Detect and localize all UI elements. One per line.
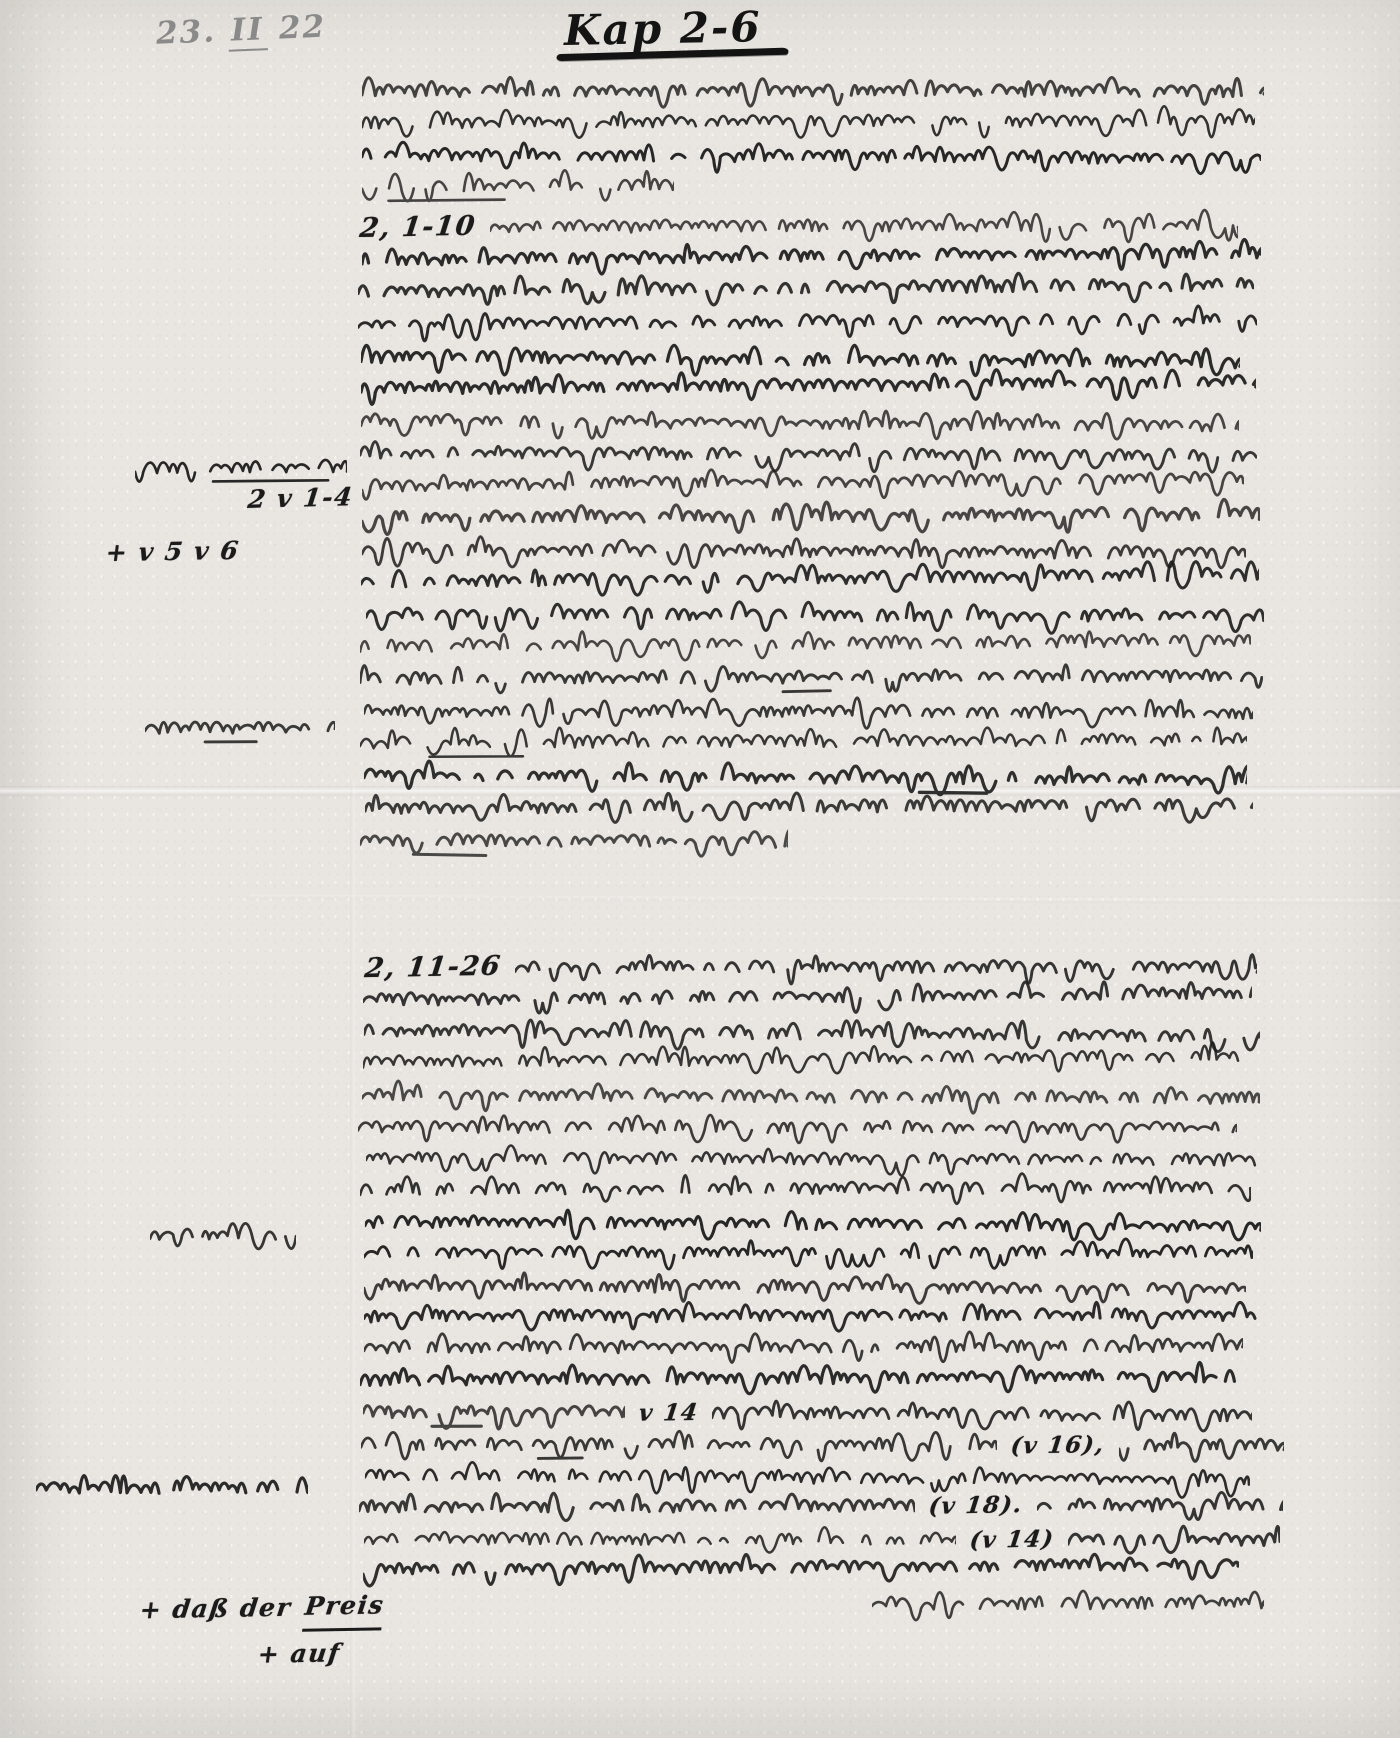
pencil-date: 23.II22 — [155, 8, 338, 52]
pencil-date-month: II — [227, 11, 268, 52]
margin-note-emphasis: Preis — [302, 1583, 387, 1631]
margin-note-text: + daß der — [137, 1586, 294, 1633]
section-1-line — [359, 816, 787, 864]
pencil-date-year: 22 — [278, 9, 327, 47]
section-2-line — [872, 1579, 1264, 1626]
margin-note: + auf — [258, 1632, 340, 1676]
margin-note: + v 5 v 6 — [106, 530, 239, 574]
margin-note: 2 v 1-4 — [248, 476, 353, 521]
pencil-date-day: 23. — [155, 13, 216, 51]
manuscript-page: 23.II22 Kap 2-6 2, 1-102, 11-26v 14(v 16… — [0, 0, 1400, 1738]
margin-note-shorthand — [145, 704, 335, 750]
handwriting-stroke — [872, 1579, 1264, 1626]
margin-note-text: 2 v 1-4 — [245, 475, 355, 522]
handwriting-stroke — [36, 1464, 308, 1510]
margin-note-text: + v 5 v 6 — [103, 529, 242, 575]
page-title: Kap 2-6 — [560, 2, 773, 59]
margin-note-shorthand — [36, 1464, 308, 1510]
margin-note-text: + auf — [255, 1631, 343, 1676]
margin-note-shorthand — [150, 1210, 296, 1256]
handwriting-stroke — [359, 816, 787, 864]
handwriting-stroke — [362, 160, 674, 209]
handwriting-stroke — [145, 704, 335, 750]
margin-note: + daß derPreis — [140, 1584, 384, 1631]
fold-crease-faint — [250, 894, 1400, 905]
handwriting-stroke — [150, 1210, 296, 1256]
intro-line — [362, 160, 674, 209]
